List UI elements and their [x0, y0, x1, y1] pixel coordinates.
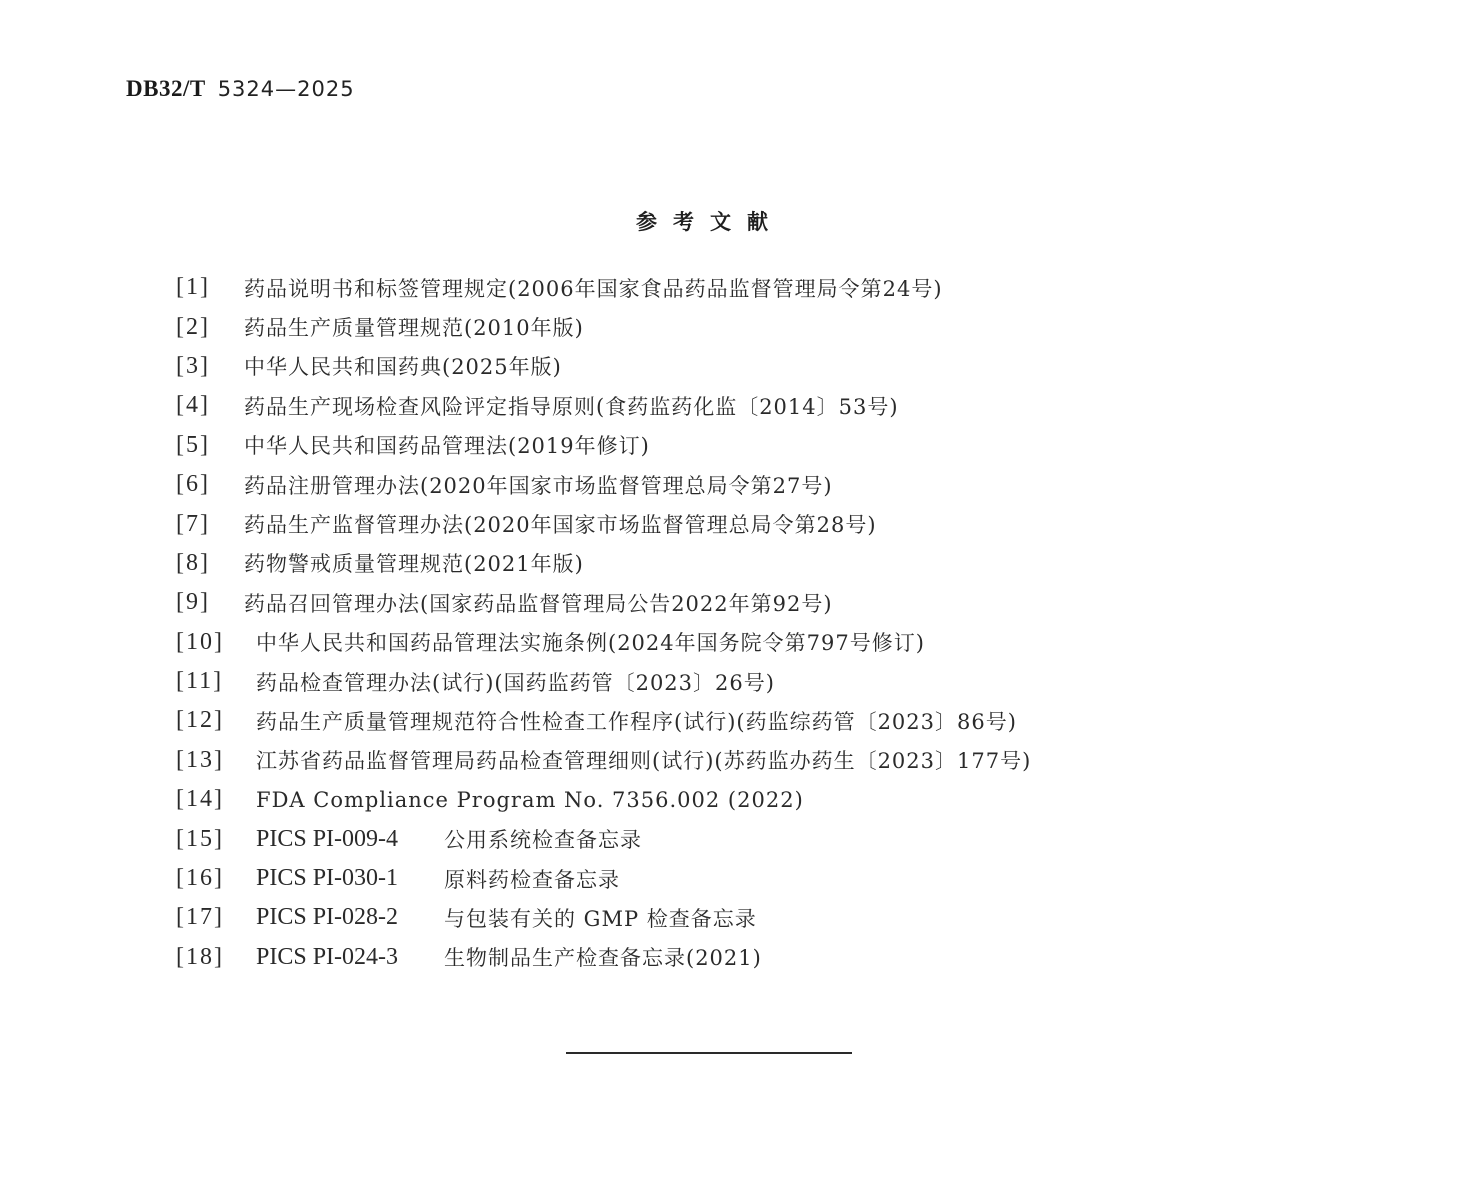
reference-item: [11] 药品检查管理办法(试行)(国药监药管〔2023〕26号)	[176, 662, 1031, 701]
reference-text: 药品说明书和标签管理规定(2006年国家食品药品监督管理局令第24号)	[244, 273, 943, 303]
reference-index: [8]	[176, 550, 244, 577]
reference-item: [14] FDA Compliance Program No. 7356.002…	[176, 780, 1031, 819]
reference-item: [4] 药品生产现场检查风险评定指导原则(食药监药化监〔2014〕53号)	[176, 386, 1031, 425]
reference-text: 中华人民共和国药品管理法实施条例(2024年国务院令第797号修订)	[256, 627, 925, 657]
reference-text: 中华人民共和国药品管理法(2019年修订)	[244, 430, 650, 460]
end-of-document-rule	[566, 1052, 852, 1054]
reference-item: [5] 中华人民共和国药品管理法(2019年修订)	[176, 426, 1031, 465]
reference-index: [14]	[176, 786, 256, 813]
reference-text: 中华人民共和国药典(2025年版)	[244, 351, 562, 381]
reference-item: [6] 药品注册管理办法(2020年国家市场监督管理总局令第27号)	[176, 465, 1031, 504]
reference-text: 公用系统检查备忘录	[444, 824, 642, 854]
reference-text: FDA Compliance Program No. 7356.002 (202…	[256, 788, 804, 812]
reference-text: 生物制品生产检查备忘录(2021)	[444, 942, 762, 972]
reference-index: [11]	[176, 668, 256, 695]
standard-prefix: DB32/T	[126, 76, 206, 101]
reference-text: 药品注册管理办法(2020年国家市场监督管理总局令第27号)	[244, 470, 833, 500]
reference-item: [13] 江苏省药品监督管理局药品检查管理细则(试行)(苏药监办药生〔2023〕…	[176, 741, 1031, 780]
reference-index: [13]	[176, 747, 256, 774]
section-title: 参考文献	[0, 206, 1420, 236]
reference-index: [17]	[176, 904, 256, 931]
reference-item: [8] 药物警戒质量管理规范(2021年版)	[176, 544, 1031, 583]
reference-index: [16]	[176, 865, 256, 892]
reference-text: 药物警戒质量管理规范(2021年版)	[244, 548, 584, 578]
reference-item: [3] 中华人民共和国药典(2025年版)	[176, 347, 1031, 386]
reference-item: [7] 药品生产监督管理办法(2020年国家市场监督管理总局令第28号)	[176, 504, 1031, 543]
reference-item: [2] 药品生产质量管理规范(2010年版)	[176, 307, 1031, 346]
reference-text: 药品召回管理办法(国家药品监督管理局公告2022年第92号)	[244, 588, 833, 618]
reference-text: 江苏省药品监督管理局药品检查管理细则(试行)(苏药监办药生〔2023〕177号)	[256, 745, 1031, 775]
reference-item: [18] PICS PI-024-3 生物制品生产检查备忘录(2021)	[176, 938, 1031, 977]
reference-code: PICS PI-009-4	[256, 826, 444, 853]
reference-text: 原料药检查备忘录	[444, 864, 620, 894]
reference-item: [1] 药品说明书和标签管理规定(2006年国家食品药品监督管理局令第24号)	[176, 268, 1031, 307]
reference-item: [15] PICS PI-009-4 公用系统检查备忘录	[176, 819, 1031, 858]
reference-text: 药品生产质量管理规范(2010年版)	[244, 312, 584, 342]
reference-text: 药品生产质量管理规范符合性检查工作程序(试行)(药监综药管〔2023〕86号)	[256, 706, 1017, 736]
reference-index: [10]	[176, 629, 256, 656]
reference-code: PICS PI-028-2	[256, 904, 444, 931]
reference-index: [3]	[176, 353, 244, 380]
reference-index: [6]	[176, 471, 244, 498]
reference-item: [9] 药品召回管理办法(国家药品监督管理局公告2022年第92号)	[176, 583, 1031, 622]
reference-item: [16] PICS PI-030-1 原料药检查备忘录	[176, 859, 1031, 898]
reference-text: 药品生产监督管理办法(2020年国家市场监督管理总局令第28号)	[244, 509, 877, 539]
reference-text: 药品生产现场检查风险评定指导原则(食药监药化监〔2014〕53号)	[244, 391, 899, 421]
reference-code: PICS PI-024-3	[256, 944, 444, 971]
reference-index: [1]	[176, 274, 244, 301]
reference-code: PICS PI-030-1	[256, 865, 444, 892]
reference-text: 与包装有关的 GMP 检查备忘录	[444, 903, 757, 933]
reference-item: [12] 药品生产质量管理规范符合性检查工作程序(试行)(药监综药管〔2023〕…	[176, 701, 1031, 740]
reference-text: 药品检查管理办法(试行)(国药监药管〔2023〕26号)	[256, 667, 775, 697]
reference-list: [1] 药品说明书和标签管理规定(2006年国家食品药品监督管理局令第24号) …	[176, 268, 1031, 977]
reference-item: [10] 中华人民共和国药品管理法实施条例(2024年国务院令第797号修订)	[176, 623, 1031, 662]
reference-index: [15]	[176, 826, 256, 853]
reference-index: [2]	[176, 314, 244, 341]
standard-number: 5324—2025	[218, 77, 355, 101]
reference-index: [5]	[176, 432, 244, 459]
reference-index: [18]	[176, 944, 256, 971]
reference-index: [9]	[176, 589, 244, 616]
reference-index: [12]	[176, 707, 256, 734]
reference-item: [17] PICS PI-028-2 与包装有关的 GMP 检查备忘录	[176, 898, 1031, 937]
reference-index: [7]	[176, 511, 244, 538]
reference-index: [4]	[176, 392, 244, 419]
standard-code-header: DB32/T5324—2025	[126, 74, 355, 104]
